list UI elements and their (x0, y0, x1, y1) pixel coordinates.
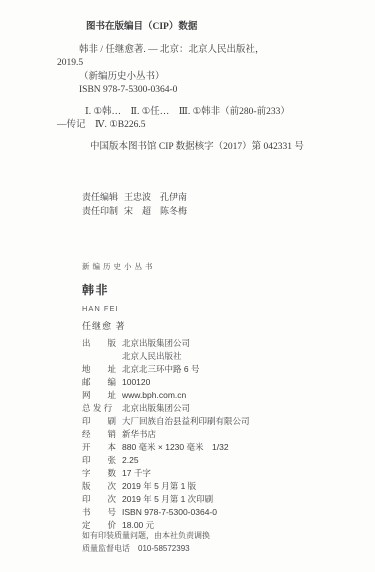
colophon-row-distributor: 总 发 行北京出版集团公司 (82, 402, 250, 415)
quality-phone-line: 质量监督电话 010-58572393 (82, 542, 210, 555)
colophon-row-edition: 版 次2019 年 5 月第 1 版 (82, 480, 250, 493)
cip-block: 图书在版编目（CIP）数据 韩非 / 任继愈著. — 北京：北京人民出版社， 2… (57, 21, 357, 154)
cip-bib-line-wrap: 2019.5 (57, 57, 357, 71)
cip-heading: 图书在版编目（CIP）数据 (86, 21, 357, 35)
colophon-row-publisher2: 北京人民出版社 (82, 350, 250, 363)
colophon-row-printing: 印 次2019 年 5 月第 1 次印刷 (82, 493, 250, 506)
colophon-row-publisher: 出 版北京出版集团公司 (82, 337, 250, 350)
colophon-value: 北京北三环中路 6 号 (122, 364, 199, 374)
cip-classification-line: Ⅰ. ①韩… Ⅱ. ①任… Ⅲ. ①韩非（前280-前233） (85, 106, 357, 120)
colophon-row-sheets: 印 张2.25 (82, 454, 250, 467)
cip-series-line: （新编历史小丛书） (79, 71, 357, 85)
colophon-label: 地 址 (82, 363, 116, 376)
cip-isbn-line: ISBN 978-7-5300-0364-0 (79, 84, 357, 98)
colophon-row-printer: 印 刷大厂回族自治县益利印刷有限公司 (82, 415, 250, 428)
colophon-value: 2019 年 5 月第 1 版 (122, 481, 196, 491)
colophon-block: 出 版北京出版集团公司 北京人民出版社 地 址北京北三环中路 6 号 邮 编10… (82, 337, 250, 532)
colophon-label: 版 次 (82, 480, 116, 493)
cip-classification-line-wrap: —传记 Ⅳ. ①B226.5 (57, 119, 357, 133)
editor-role-label: 责任印制 (82, 206, 118, 216)
colophon-label: 印 张 (82, 454, 116, 467)
colophon-value: 大厂回族自治县益利印刷有限公司 (122, 416, 250, 426)
book-title-pinyin: HAN FEI (82, 304, 156, 313)
colophon-value: 2019 年 5 月第 1 次印刷 (122, 494, 213, 504)
colophon-label: 字 数 (82, 467, 116, 480)
editors-block: 责任编辑王忠波 孔伊南 责任印制宋 超 陈冬梅 (82, 190, 187, 218)
colophon-label: 开 本 (82, 441, 116, 454)
colophon-label: 印 刷 (82, 415, 116, 428)
colophon-label: 印 次 (82, 493, 116, 506)
colophon-row-wordcount: 字 数17 千字 (82, 467, 250, 480)
colophon-row-seller: 经 销新华书店 (82, 428, 250, 441)
book-title: 韩非 (82, 281, 156, 298)
editor-names: 王忠波 孔伊南 (124, 192, 187, 202)
colophon-row-isbn: 书 号ISBN 978-7-5300-0364-0 (82, 506, 250, 519)
colophon-label: 总 发 行 (82, 402, 116, 415)
colophon-value: ISBN 978-7-5300-0364-0 (122, 507, 217, 517)
cip-registration-line: 中国版本图书馆 CIP 数据核字（2017）第 042331 号 (90, 141, 357, 155)
colophon-value: 2.25 (122, 455, 139, 465)
colophon-row-postcode: 邮 编100120 (82, 376, 250, 389)
colophon-label: 出 版 (82, 337, 116, 350)
colophon-row-website: 网 址www.bph.com.cn (82, 389, 250, 402)
colophon-value: 北京人民出版社 (122, 351, 182, 361)
colophon-row-address: 地 址北京北三环中路 6 号 (82, 363, 250, 376)
colophon-label: 书 号 (82, 506, 116, 519)
quality-note-line: 如有印装质量问题，由本社负责调换 (82, 529, 210, 542)
colophon-label: 网 址 (82, 389, 116, 402)
editor-names: 宋 超 陈冬梅 (124, 206, 187, 216)
title-block: 新编历史小丛书 韩非 HAN FEI 任继愈 著 (82, 261, 156, 332)
colophon-value: 880 毫米 × 1230 毫米 1/32 (122, 442, 229, 452)
colophon-label: 邮 编 (82, 376, 116, 389)
cip-bib-line: 韩非 / 任继愈著. — 北京：北京人民出版社， (79, 44, 357, 58)
book-author: 任继愈 著 (82, 319, 156, 332)
colophon-value: www.bph.com.cn (122, 390, 186, 400)
colophon-value: 100120 (122, 377, 150, 387)
book-copyright-page: 图书在版编目（CIP）数据 韩非 / 任继愈著. — 北京：北京人民出版社， 2… (0, 0, 375, 572)
quality-notes: 如有印装质量问题，由本社负责调换 质量监督电话 010-58572393 (82, 529, 210, 555)
colophon-label: 经 销 (82, 428, 116, 441)
editor-row: 责任印制宋 超 陈冬梅 (82, 204, 187, 218)
colophon-value: 北京出版集团公司 (122, 403, 190, 413)
colophon-row-format: 开 本880 毫米 × 1230 毫米 1/32 (82, 441, 250, 454)
editor-row: 责任编辑王忠波 孔伊南 (82, 190, 187, 204)
colophon-value: 北京出版集团公司 (122, 338, 190, 348)
series-name: 新编历史小丛书 (82, 261, 156, 272)
colophon-value: 17 千字 (122, 468, 151, 478)
editor-role-label: 责任编辑 (82, 192, 118, 202)
colophon-value: 新华书店 (122, 429, 156, 439)
